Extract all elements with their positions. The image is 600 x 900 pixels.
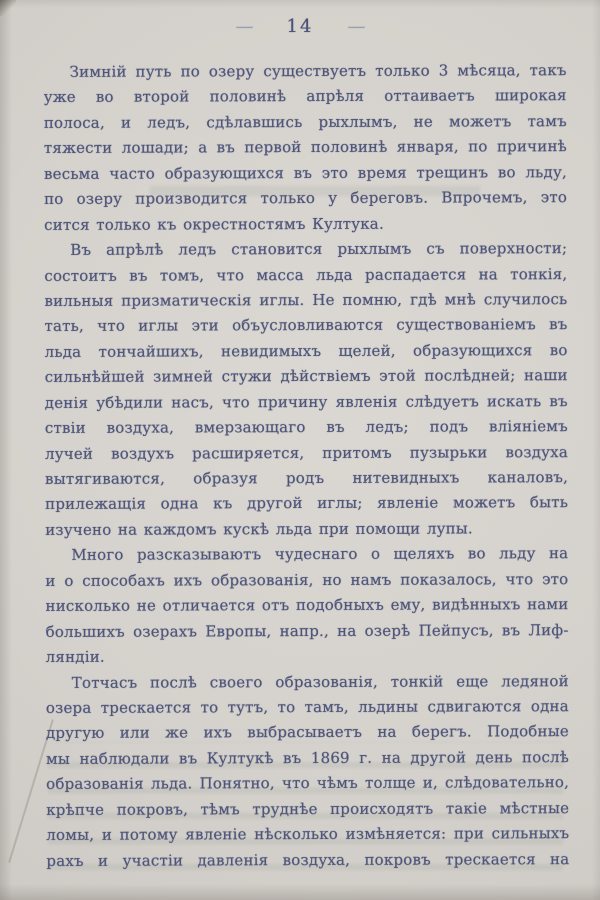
body-text: Зимній путь по озеру существуетъ только …	[44, 58, 570, 874]
scanned-book-page: — 14 — Зимній путь по озеру существуетъ …	[0, 0, 600, 900]
header-dash-left: —	[236, 16, 253, 37]
paragraph-4: Тотчасъ послѣ своего образованія, тонкій…	[46, 669, 570, 874]
scan-dark-corner	[0, 0, 16, 16]
text-line: ствіи воздуха, вмерзающаго въ ледъ; подъ…	[45, 414, 568, 441]
text-line: изучено на каждомъ кускѣ льда при помощи…	[45, 516, 568, 543]
scan-shadow-left	[0, 0, 12, 900]
paragraph-1: Зимній путь по озеру существуетъ только …	[44, 58, 568, 238]
scan-shadow-right	[592, 0, 600, 900]
page-number: 14	[287, 16, 314, 37]
text-line: льда тончайшихъ, невидимыхъ щелей, образ…	[45, 338, 568, 365]
text-line: крѣпче покровъ, тѣмъ труднѣе происходятъ…	[46, 796, 569, 823]
text-line: мы наблюдали въ Култукѣ въ 1869 г. на др…	[46, 745, 569, 772]
text-line: состоитъ въ томъ, что масса льда распада…	[44, 262, 567, 289]
text-line: сильнѣйшей зимней стужи дѣйствіемъ этой …	[45, 363, 568, 390]
text-line: другую или же ихъ выбрасываетъ на берегъ…	[46, 719, 569, 746]
scan-shadow-top	[0, 0, 600, 8]
text-line: Тотчасъ послѣ своего образованія, тонкій…	[46, 669, 569, 696]
scan-shadow-bottom	[0, 884, 600, 900]
text-line: ляндіи.	[46, 643, 569, 670]
running-head: — 14 —	[0, 16, 600, 37]
text-line: прилежащія одна къ другой иглы; явленіе …	[45, 491, 568, 518]
text-line: весьма часто образующихся въ это время т…	[44, 160, 567, 187]
text-line: полоса, и ледъ, сдѣлавшись рыхлымъ, не м…	[44, 109, 567, 136]
paragraph-3: Много разсказываютъ чудеснаго о щеляхъ в…	[45, 541, 568, 670]
text-line: озера трескается то тутъ, то тамъ, льдин…	[46, 694, 569, 721]
header-dash-right: —	[347, 16, 364, 37]
text-line: большихъ озерахъ Европы, напр., на озерѣ…	[46, 618, 569, 645]
text-line: нисколько не отличается отъ подобныхъ ем…	[45, 592, 568, 619]
text-line: вильныя призматическія иглы. Не помню, г…	[44, 287, 567, 314]
text-line: ломы, и потому явленіе нѣсколько измѣняе…	[46, 821, 569, 848]
text-line: рахъ и участіи давленія воздуха, покровъ…	[46, 847, 569, 874]
text-line: уже во второй половинѣ апрѣля оттаиваетъ…	[44, 84, 567, 111]
paragraph-2: Въ апрѣлѣ ледъ становится рыхлымъ съ пов…	[44, 236, 568, 543]
text-line: Зимній путь по озеру существуетъ только …	[44, 58, 567, 85]
text-line: и о способахъ ихъ образованія, но намъ п…	[45, 567, 568, 594]
text-line: образованія льда. Понятно, что чѣмъ толщ…	[46, 770, 569, 797]
text-line: тать, что иглы эти объусловливаются суще…	[44, 312, 567, 339]
text-line: по озеру производится только у береговъ.…	[44, 185, 567, 212]
text-line: лучей воздухъ расширяется, притомъ пузыр…	[45, 440, 568, 467]
text-line: Много разсказываютъ чудеснаго о щеляхъ в…	[45, 541, 568, 568]
text-line: тяжести лошади; а въ первой половинѣ янв…	[44, 134, 567, 161]
text-line: Въ апрѣлѣ ледъ становится рыхлымъ съ пов…	[44, 236, 567, 263]
text-line: сится только къ окрестностямъ Култука.	[44, 211, 567, 238]
text-line: вытягиваются, образуя родъ нитевидныхъ к…	[45, 465, 568, 492]
text-line: денія убѣдили насъ, что причину явленія …	[45, 389, 568, 416]
